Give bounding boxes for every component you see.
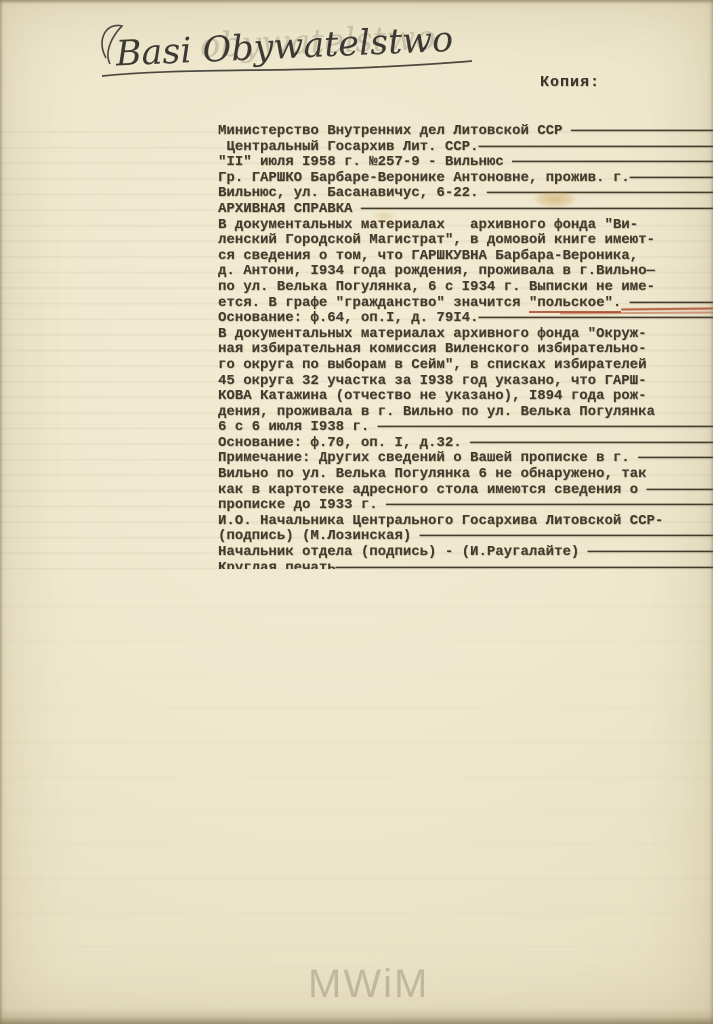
scanned-document-page: obywatelstwo Basi Obywatelstwo Копия: Ми… <box>0 0 713 1024</box>
typed-line: Вильнюс, ул. Басанавичус, 6-22. ————————… <box>218 186 713 202</box>
typed-line: 6 с 6 июля I938 г. —————————————————————… <box>218 420 713 436</box>
typed-line: Вильно по ул. Велька Погулянка 6 не обна… <box>218 467 713 483</box>
typed-line: "II" июля I958 г. №257-9 - Вильнюс —————… <box>218 155 713 171</box>
rust-stain <box>534 190 576 208</box>
rust-stain-small <box>371 210 397 222</box>
typed-line: ная избирательная комиссия Виленского из… <box>218 342 713 358</box>
typed-line: (подпись) (М.Лозинская) ————————————————… <box>218 529 713 545</box>
watermark: MWiM <box>308 962 429 1007</box>
copy-label: Копия: <box>540 74 600 91</box>
paper-edge-top <box>0 0 713 4</box>
paper-edge-left <box>0 0 3 1024</box>
typed-line: В документальных материалах архивного фо… <box>218 218 713 234</box>
scan-ruling-lower-overlay <box>0 575 713 975</box>
typed-line: дения, проживала в г. Вильно по ул. Вель… <box>218 405 713 421</box>
typed-text-block: Министерство Внутренних дел Литовской СС… <box>218 124 713 569</box>
typed-line: Министерство Внутренних дел Литовской СС… <box>218 124 713 140</box>
typed-line: ленский Городской Магистрат", в домовой … <box>218 233 713 249</box>
typed-line: ся сведения о том, что ГАРШКУВНА Барбара… <box>218 249 713 265</box>
paper-edge-bottom <box>0 1008 713 1024</box>
typed-line: Примечание: Других сведений о Вашей проп… <box>218 451 713 467</box>
typed-line: как в картотеке адресного стола имеются … <box>218 483 713 499</box>
typed-line: го округа по выборам в Сейм", в списках … <box>218 358 713 374</box>
typed-line: В документальных материалах архивного фо… <box>218 327 713 343</box>
typed-line: Гр. ГАРШКО Барбаре-Веронике Антоновне, п… <box>218 171 713 187</box>
handwritten-note: obywatelstwo Basi Obywatelstwo <box>88 10 488 88</box>
typed-line: по ул. Велька Погулянка, 6 с I934 г. Вып… <box>218 280 713 296</box>
typed-line: Начальник отдела (подпись) - (И.Раугалай… <box>218 545 713 561</box>
typed-line: Круглая печать——————————————————————————… <box>218 561 713 569</box>
typed-line: АРХИВНАЯ СПРАВКА ———————————————————————… <box>218 202 713 218</box>
typed-line: Центральный Госархив Лит. ССР.——————————… <box>218 140 713 156</box>
typed-line: прописке до I933 г. ————————————————————… <box>218 498 713 514</box>
typed-line: 45 округа 32 участка за I938 год указано… <box>218 374 713 390</box>
typed-line: д. Антони, I934 года рождения, проживала… <box>218 264 713 280</box>
typed-line: КОВА Катажина (отчество не указано), I89… <box>218 389 713 405</box>
